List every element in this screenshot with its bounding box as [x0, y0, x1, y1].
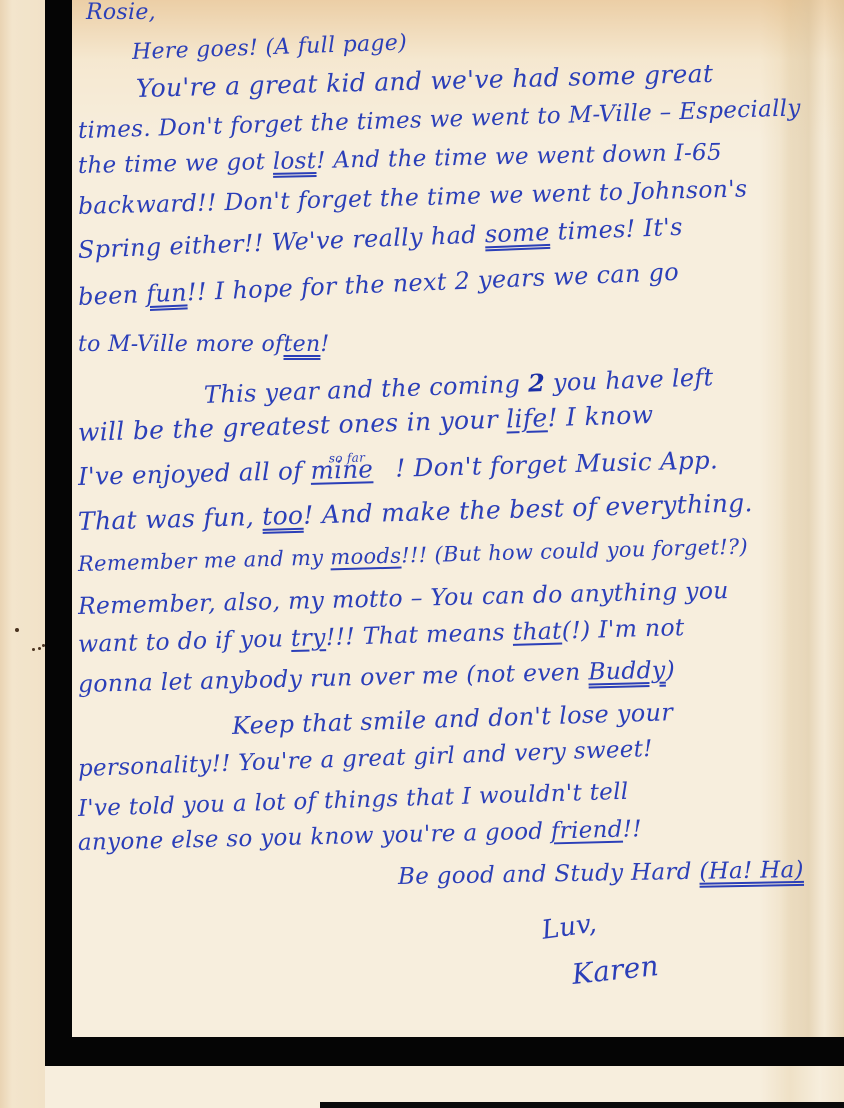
signoff: Luv,: [540, 908, 599, 945]
letter-line: gonna let anybody run over me (not even …: [78, 655, 676, 698]
letter-line: Remember me and my moods!!! (But how cou…: [78, 534, 749, 576]
text: !: [320, 332, 329, 357]
text: !!! That means: [325, 618, 513, 651]
text: ! And the time we went down I-65: [316, 140, 722, 174]
text: you have left: [545, 363, 714, 397]
black-border-left: [45, 0, 72, 1066]
letter-line: will be the greatest ones in your life! …: [78, 400, 654, 447]
letter-line: Here goes! (A full page): [132, 30, 408, 65]
underlined-word: some: [484, 218, 550, 248]
letter-line: You're a great kid and we've had some gr…: [136, 59, 714, 103]
text: This year and the coming: [204, 370, 529, 409]
underlined-word: moods: [330, 544, 402, 570]
black-border-edge-bottom: [320, 1102, 844, 1108]
letter-line: I've enjoyed all of mineso far! Don't fo…: [78, 445, 719, 491]
text: anyone else so you know you're a good: [78, 818, 552, 856]
text: ! And make the best of everything.: [303, 488, 753, 530]
text: the time we got: [78, 149, 273, 179]
letter-line: Remember, also, my motto – You can do an…: [78, 576, 729, 620]
letter-line: personality!! You're a great girl and ve…: [78, 736, 654, 782]
text: Spring either!! We've really had: [77, 220, 485, 264]
text: ): [665, 655, 675, 683]
black-border-bottom: [45, 1037, 844, 1066]
paper-speck: [38, 647, 41, 650]
underlined-word: lost: [273, 148, 317, 175]
letter-line: been fun!! I hope for the next 2 years w…: [77, 258, 679, 311]
text: I've enjoyed all of: [78, 456, 311, 491]
text: ! Don't forget Music App.: [395, 445, 718, 482]
letter-line: That was fun, too! And make the best of …: [78, 488, 753, 536]
handwritten-letter: Rosie, Here goes! (A full page) You're a…: [72, 0, 844, 1037]
text: been: [77, 280, 146, 311]
salutation: Rosie,: [86, 0, 156, 25]
text: times! It's: [549, 213, 683, 246]
number: 2: [528, 368, 546, 398]
letter-line: times. Don't forget the times we went to…: [78, 95, 801, 144]
inserted-aside: so far: [329, 450, 366, 465]
text: ! I know: [547, 400, 654, 432]
underlined-word: friend: [551, 817, 623, 845]
letter-line: I've told you a lot of things that I wou…: [78, 779, 629, 822]
text: !!! (But how could you forget!?): [401, 534, 748, 567]
underlined-word: fun: [146, 278, 188, 308]
underlined-word: Buddy: [588, 656, 666, 686]
text: (!) I'm not: [561, 613, 685, 644]
text: Remember me and my: [78, 545, 331, 576]
paper-speck: [15, 628, 19, 632]
signature: Karen: [570, 949, 660, 991]
paper-speck: [42, 644, 45, 647]
text: to M-Ville more of: [78, 332, 283, 357]
underlined-word: that: [512, 616, 562, 645]
underlined-word: try: [291, 623, 327, 652]
letter-line: Keep that smile and don't lose your: [232, 698, 674, 740]
text: !! I hope for the next 2 years we can go: [186, 258, 679, 307]
text: will be the greatest ones in your: [78, 405, 507, 447]
letter-line: want to do if you try!!! That means that…: [78, 613, 685, 658]
underlined-word: life: [506, 403, 548, 433]
text: want to do if you: [78, 624, 292, 658]
underlined-aside: (Ha! Ha): [699, 857, 804, 885]
text: gonna let anybody run over me (not even: [78, 658, 589, 698]
letter-line: anyone else so you know you're a good fr…: [78, 816, 642, 856]
text: Be good and Study Hard: [398, 859, 700, 890]
text: That was fun,: [78, 502, 263, 536]
underlined-word: ten: [283, 332, 320, 357]
underlined-word: too: [262, 501, 304, 531]
letter-line: to M-Ville more often!: [78, 332, 330, 357]
paper-speck: [32, 648, 35, 651]
letter-line: Spring either!! We've really had some ti…: [77, 213, 683, 264]
letter-line: the time we got lost! And the time we we…: [78, 140, 722, 179]
closing-line: Be good and Study Hard (Ha! Ha): [398, 857, 804, 890]
text: !!: [622, 816, 642, 842]
outer-page-margin: [0, 0, 45, 1108]
